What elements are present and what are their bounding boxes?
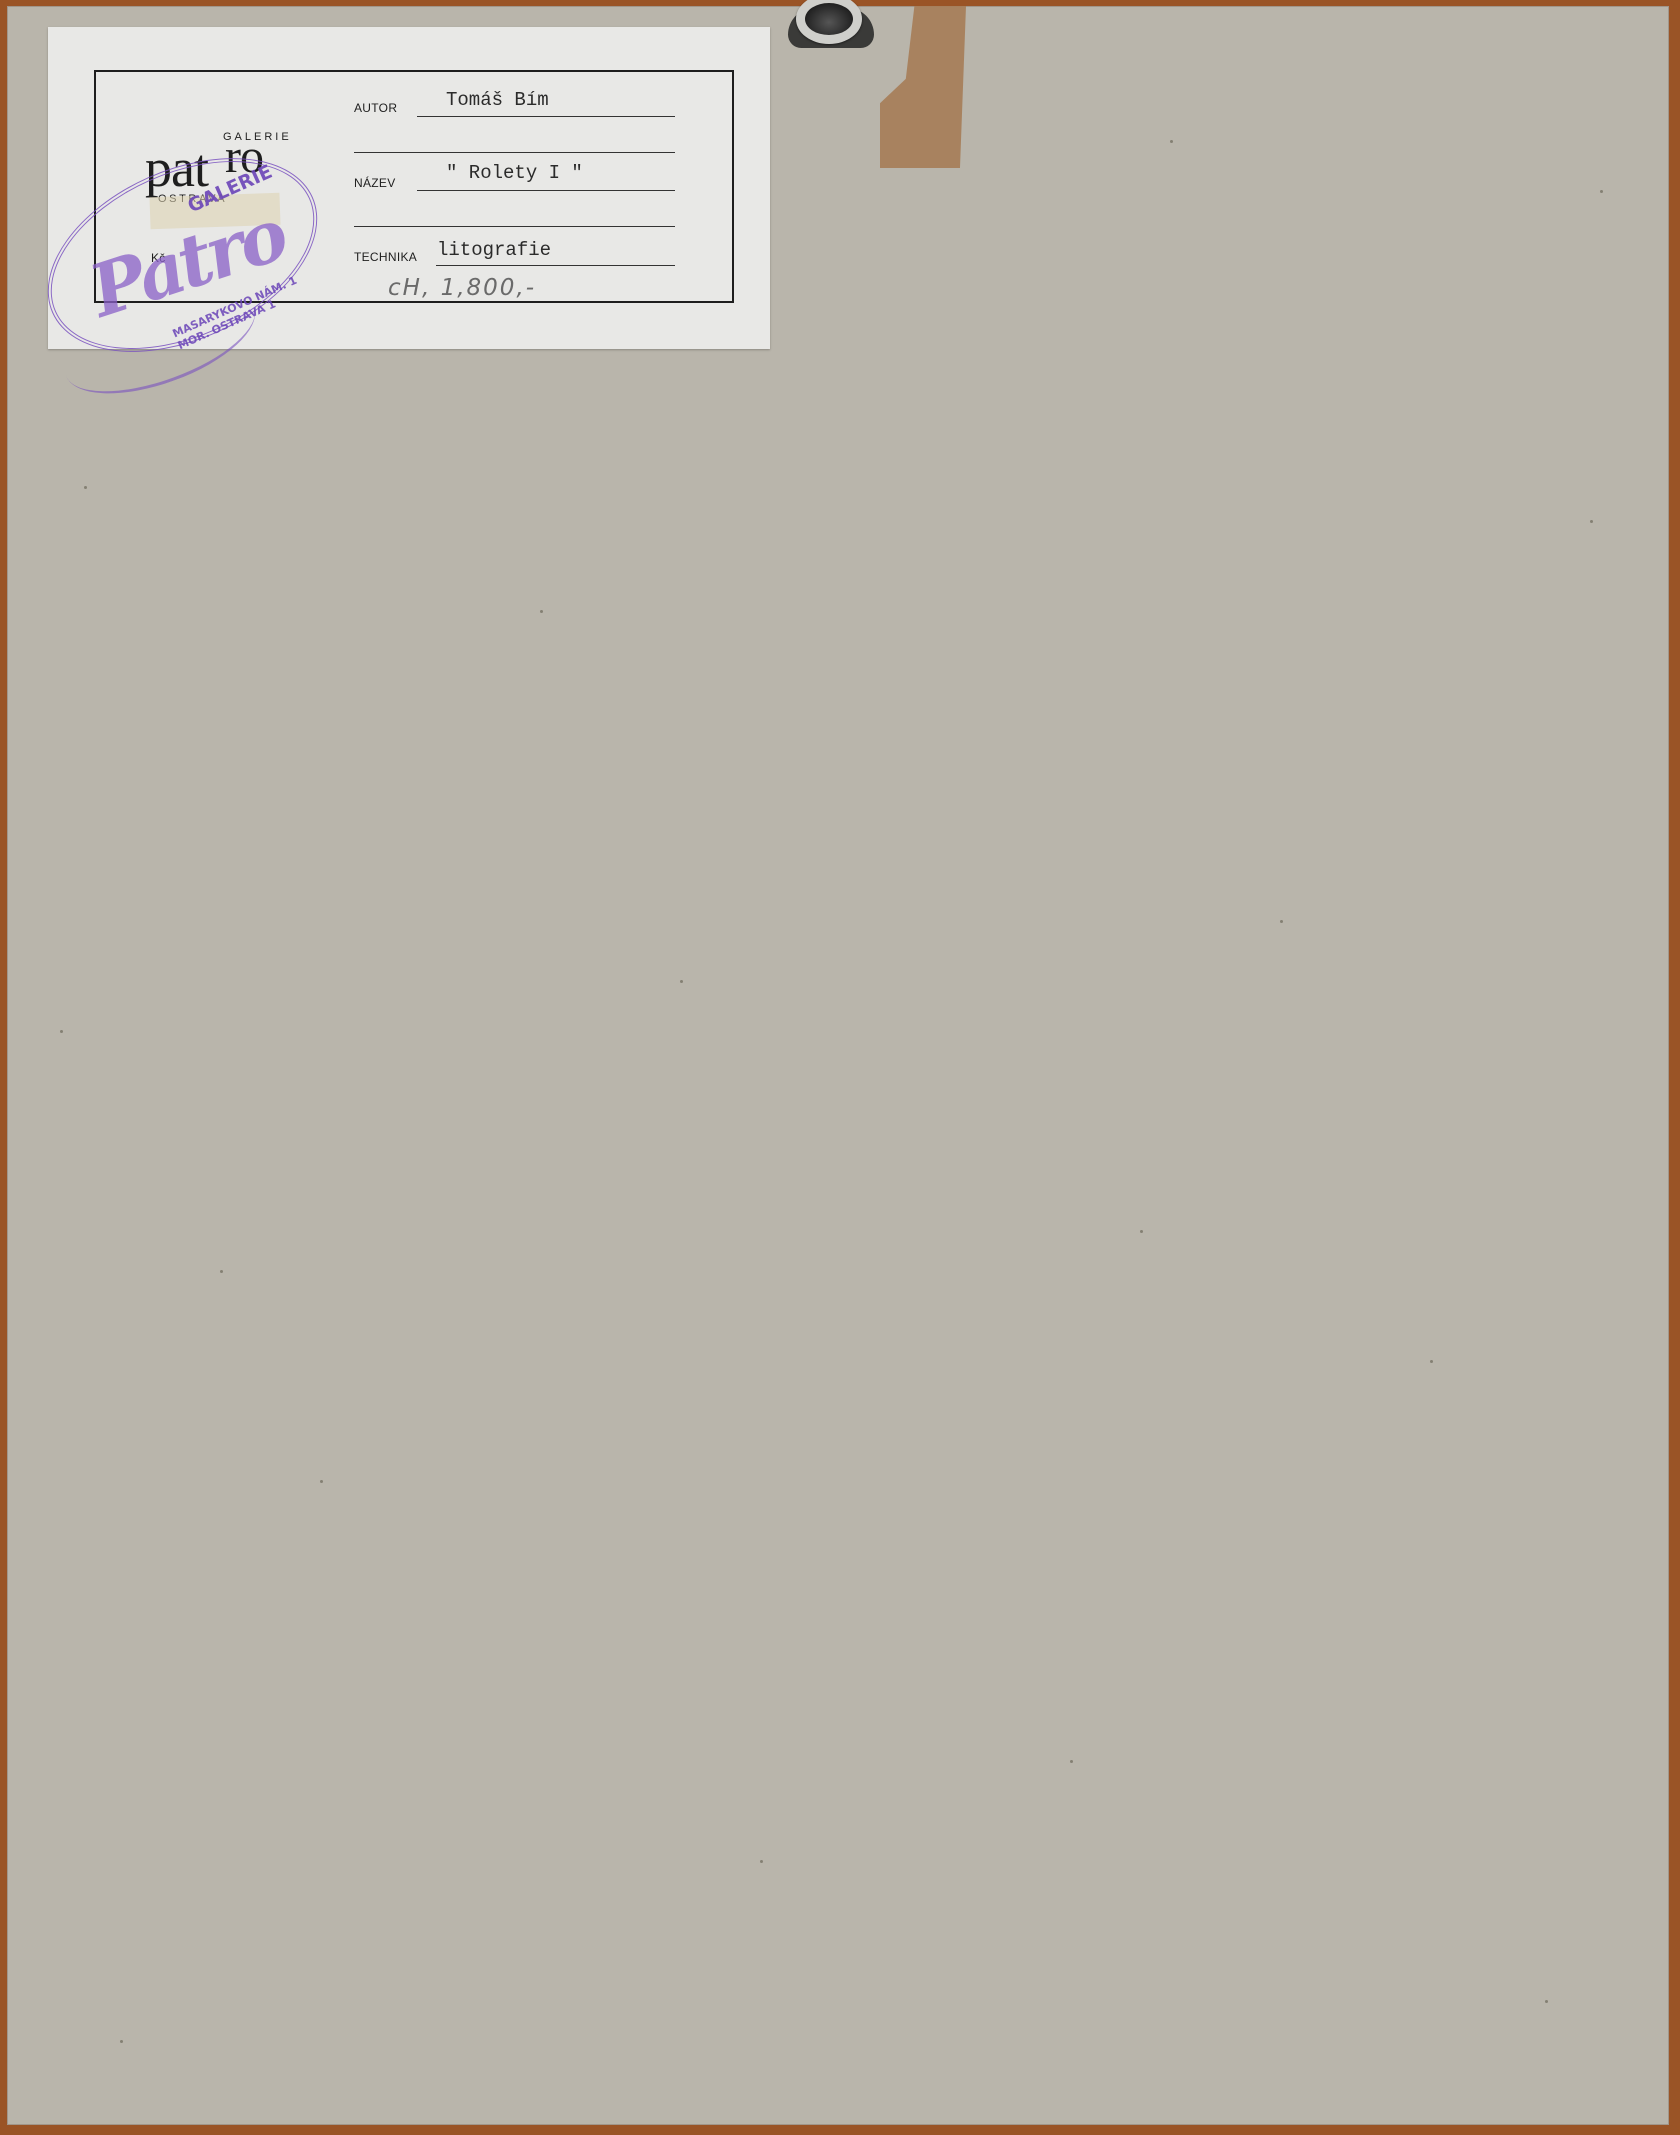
nazev-label: NÁZEV (354, 176, 396, 190)
blank-rule-2 (354, 226, 675, 227)
autor-label: AUTOR (354, 101, 397, 115)
technika-label: TECHNIKA (354, 250, 417, 264)
technika-rule (436, 265, 675, 266)
hanger-ring (782, 0, 880, 56)
nazev-value: " Rolety I " (446, 162, 583, 184)
autor-rule (417, 116, 675, 117)
blank-rule-1 (354, 152, 675, 153)
nazev-rule (417, 190, 675, 191)
technika-value: litografie (437, 239, 551, 261)
handwritten-price: cH, 1,800,- (388, 275, 536, 301)
autor-value: Tomáš Bím (446, 89, 549, 111)
